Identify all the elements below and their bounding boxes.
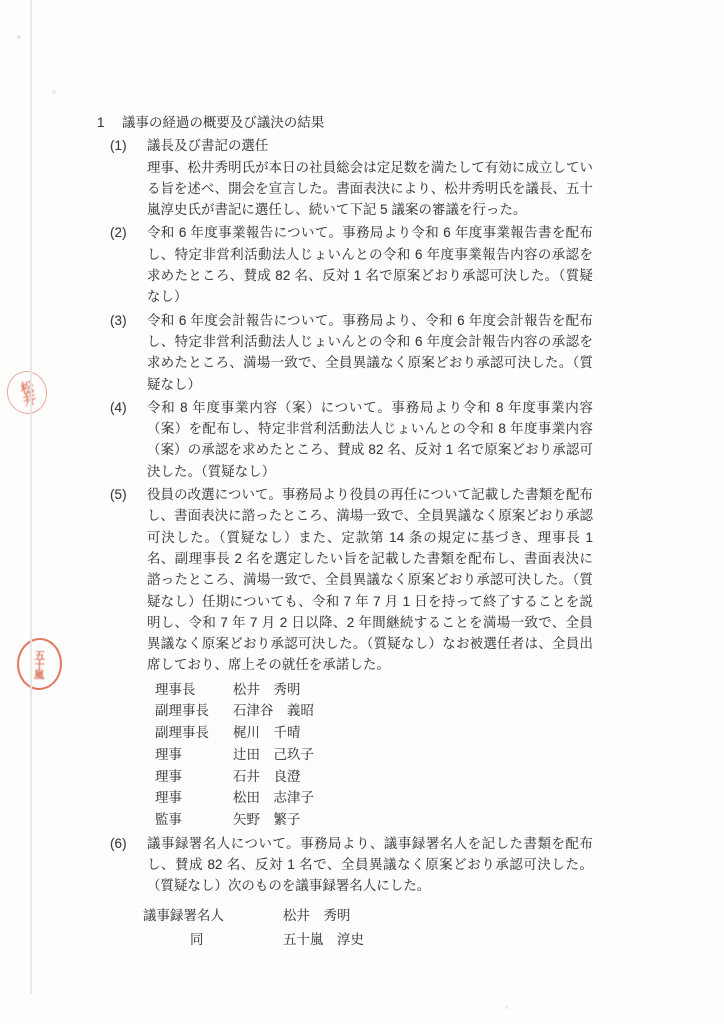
officer-row: 理事 松田 志津子 [155, 787, 593, 809]
item-text: 理事、松井秀明氏が本日の社員総会は定足数を満たして有効に成立している旨を述べ、開… [147, 157, 593, 221]
item-text: 議事録署名人について。事務局より、議事録署名人を記した書類を配布し、賛成 82 … [147, 833, 593, 897]
agenda-item-3: (3) 令和 6 年度会計報告について。事務局より、令和 6 年度会計報告を配布… [97, 310, 593, 395]
officer-list: 理事長 松井 秀明 副理事長 石津谷 義昭 副理事長 梶川 千晴 理事 辻田 己… [97, 679, 593, 831]
officer-name: 矢野 繁子 [233, 809, 300, 831]
section-title: 議事の経過の概要及び議決の結果 [122, 112, 324, 133]
item-number: (6) [97, 833, 147, 897]
item-number: (5) [97, 484, 147, 676]
item-number: (4) [97, 397, 147, 482]
section-heading: 1 議事の経過の概要及び議決の結果 [97, 112, 593, 133]
item-number: (1) [97, 135, 147, 220]
officer-row: 副理事長 梶川 千晴 [155, 722, 593, 744]
scan-speck [52, 90, 56, 94]
item-title: 議長及び書記の選任 [147, 135, 593, 156]
agenda-item-2: (2) 令和 6 年度事業報告について。事務局より令和 6 年度事業報告書を配布… [97, 222, 593, 307]
officer-name: 石井 良澄 [233, 766, 300, 788]
item-number: (3) [97, 310, 147, 395]
agenda-item-1: (1) 議長及び書記の選任 理事、松井秀明氏が本日の社員総会は定足数を満たして有… [97, 135, 593, 220]
signer-row: 議事録署名人 松井 秀明 [143, 904, 593, 928]
officer-role: 理事 [155, 766, 233, 788]
item-text: 令和 8 年度事業内容（案）について。事務局より令和 8 年度事業内容（案）を配… [147, 397, 593, 482]
officer-role: 理事 [155, 744, 233, 766]
signer-list: 議事録署名人 松井 秀明 同 五十嵐 淳史 [97, 904, 593, 952]
officer-role: 監事 [155, 809, 233, 831]
officer-name: 松井 秀明 [233, 679, 300, 701]
signer-role: 議事録署名人 [143, 904, 283, 928]
officer-row: 副理事長 石津谷 義昭 [155, 700, 593, 722]
officer-row: 理事長 松井 秀明 [155, 679, 593, 701]
section-number: 1 [97, 112, 122, 133]
agenda-item-4: (4) 令和 8 年度事業内容（案）について。事務局より令和 8 年度事業内容（… [97, 397, 593, 482]
agenda-item-6: (6) 議事録署名人について。事務局より、議事録署名人を記した書類を配布し、賛成… [97, 833, 593, 897]
officer-row: 理事 辻田 己玖子 [155, 744, 593, 766]
officer-role: 理事長 [155, 679, 233, 701]
officer-name: 辻田 己玖子 [233, 744, 314, 766]
item-number: (2) [97, 222, 147, 307]
agenda-item-5: (5) 役員の改選について。事務局より役員の再任について記載した書類を配布し、書… [97, 484, 593, 676]
officer-role: 副理事長 [155, 722, 233, 744]
officer-name: 松田 志津子 [233, 787, 314, 809]
minutes-body: 1 議事の経過の概要及び議決の結果 (1) 議長及び書記の選任 理事、松井秀明氏… [97, 112, 593, 952]
red-seal-stamp-matsui: 松井 [3, 367, 51, 417]
officer-role: 副理事長 [155, 700, 233, 722]
signer-row: 同 五十嵐 淳史 [143, 928, 593, 952]
seal-text: 松井 [15, 379, 39, 406]
item-text: 役員の改選について。事務局より役員の再任について記載した書類を配布し、書面表決に… [147, 484, 593, 676]
signer-name: 松井 秀明 [283, 904, 350, 928]
fold-crease-line [30, 0, 32, 994]
document-page: 松井 五十嵐 1 議事の経過の概要及び議決の結果 (1) 議長及び書記の選任 理… [0, 0, 724, 1024]
scan-speck [505, 1006, 508, 1009]
officer-row: 監事 矢野 繁子 [155, 809, 593, 831]
seal-text: 五十嵐 [32, 649, 48, 678]
officer-name: 石津谷 義昭 [233, 700, 314, 722]
scan-speck [17, 35, 21, 39]
signer-name: 五十嵐 淳史 [283, 928, 364, 952]
item-text: 令和 6 年度事業報告について。事務局より令和 6 年度事業報告書を配布し、特定… [147, 222, 593, 307]
item-text: 令和 6 年度会計報告について。事務局より、令和 6 年度会計報告を配布し、特定… [147, 310, 593, 395]
red-seal-stamp-igarashi: 五十嵐 [16, 637, 63, 691]
officer-row: 理事 石井 良澄 [155, 766, 593, 788]
officer-role: 理事 [155, 787, 233, 809]
officer-name: 梶川 千晴 [233, 722, 300, 744]
signer-role: 同 [143, 928, 283, 952]
